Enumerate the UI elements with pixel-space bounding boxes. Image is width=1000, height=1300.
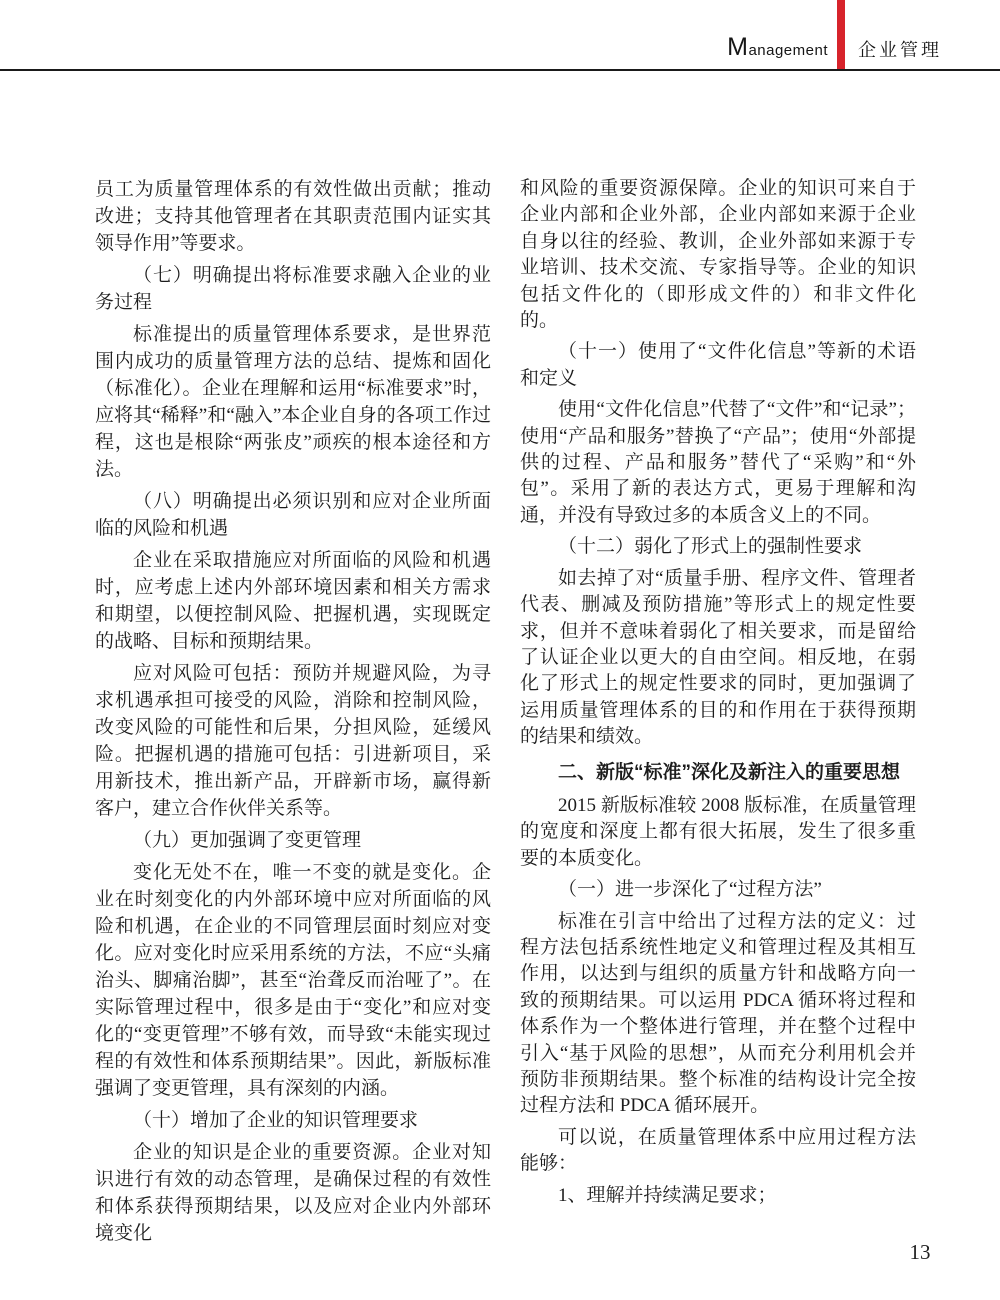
paragraph: （十一）使用了“文件化信息”等新的术语和定义: [520, 339, 916, 392]
paragraph: 1、理解并持续满足要求；: [520, 1183, 916, 1209]
paragraph: 和风险的重要资源保障。企业的知识可来自于企业内部和企业外部，企业内部如来源于企业…: [520, 176, 916, 334]
magazine-page: Management 企业管理 员工为质量管理体系的有效性做出贡献；推动改进；支…: [0, 0, 1000, 1300]
page-number: 13: [898, 1240, 942, 1265]
paragraph: （一）进一步深化了“过程方法”: [520, 877, 916, 903]
header-rule: [0, 69, 1000, 71]
paragraph: （八）明确提出必须识别和应对企业所面临的风险和机遇: [95, 488, 491, 542]
paragraph: 2015 新版标准较 2008 版标准，在质量管理的宽度和深度上都有很大拓展，发…: [520, 793, 916, 872]
right-column: 和风险的重要资源保障。企业的知识可来自于企业内部和企业外部，企业内部如来源于企业…: [520, 176, 916, 1214]
header-chinese-title: 企业管理: [858, 41, 942, 59]
header-english-title: Management: [0, 34, 828, 64]
paragraph: 应对风险可包括：预防并规避风险，为寻求机遇承担可接受的风险，消除和控制风险，改变…: [95, 660, 491, 822]
paragraph: （九）更加强调了变更管理: [95, 827, 491, 854]
paragraph: 企业在采取措施应对所面临的风险和机遇时，应考虑上述内外部环境因素和相关方需求和期…: [95, 547, 491, 655]
paragraph: （七）明确提出将标准要求融入企业的业务过程: [95, 262, 491, 316]
paragraph: 可以说，在质量管理体系中应用过程方法能够：: [520, 1125, 916, 1178]
paragraph: 变化无处不在，唯一不变的就是变化。企业在时刻变化的内外部环境中应对所面临的风险和…: [95, 859, 491, 1102]
header-english-initial: M: [727, 33, 748, 61]
paragraph: 员工为质量管理体系的有效性做出贡献；推动改进；支持其他管理者在其职责范围内证实其…: [95, 176, 491, 257]
paragraph: 使用“文件化信息”代替了“文件”和“记录”；使用“产品和服务”替换了“产品”；使…: [520, 397, 916, 529]
paragraph: 如去掉了对“质量手册、程序文件、管理者代表、删减及预防措施”等形式上的规定性要求…: [520, 566, 916, 751]
paragraph: （十）增加了企业的知识管理要求: [95, 1107, 491, 1134]
paragraph: 标准提出的质量管理体系要求，是世界范围内成功的质量管理方法的总结、提炼和固化（标…: [95, 321, 491, 483]
paragraph: （十二）弱化了形式上的强制性要求: [520, 534, 916, 560]
header-accent-bar: [837, 0, 845, 70]
section-heading: 二、新版“标准”深化及新注入的重要思想: [520, 760, 916, 786]
left-column: 员工为质量管理体系的有效性做出贡献；推动改进；支持其他管理者在其职责范围内证实其…: [95, 176, 491, 1252]
paragraph: 标准在引言中给出了过程方法的定义：过程方法包括系统性地定义和管理过程及其相互作用…: [520, 909, 916, 1120]
paragraph: 企业的知识是企业的重要资源。企业对知识进行有效的动态管理，是确保过程的有效性和体…: [95, 1139, 491, 1247]
header-english-rest: anagement: [748, 42, 828, 59]
